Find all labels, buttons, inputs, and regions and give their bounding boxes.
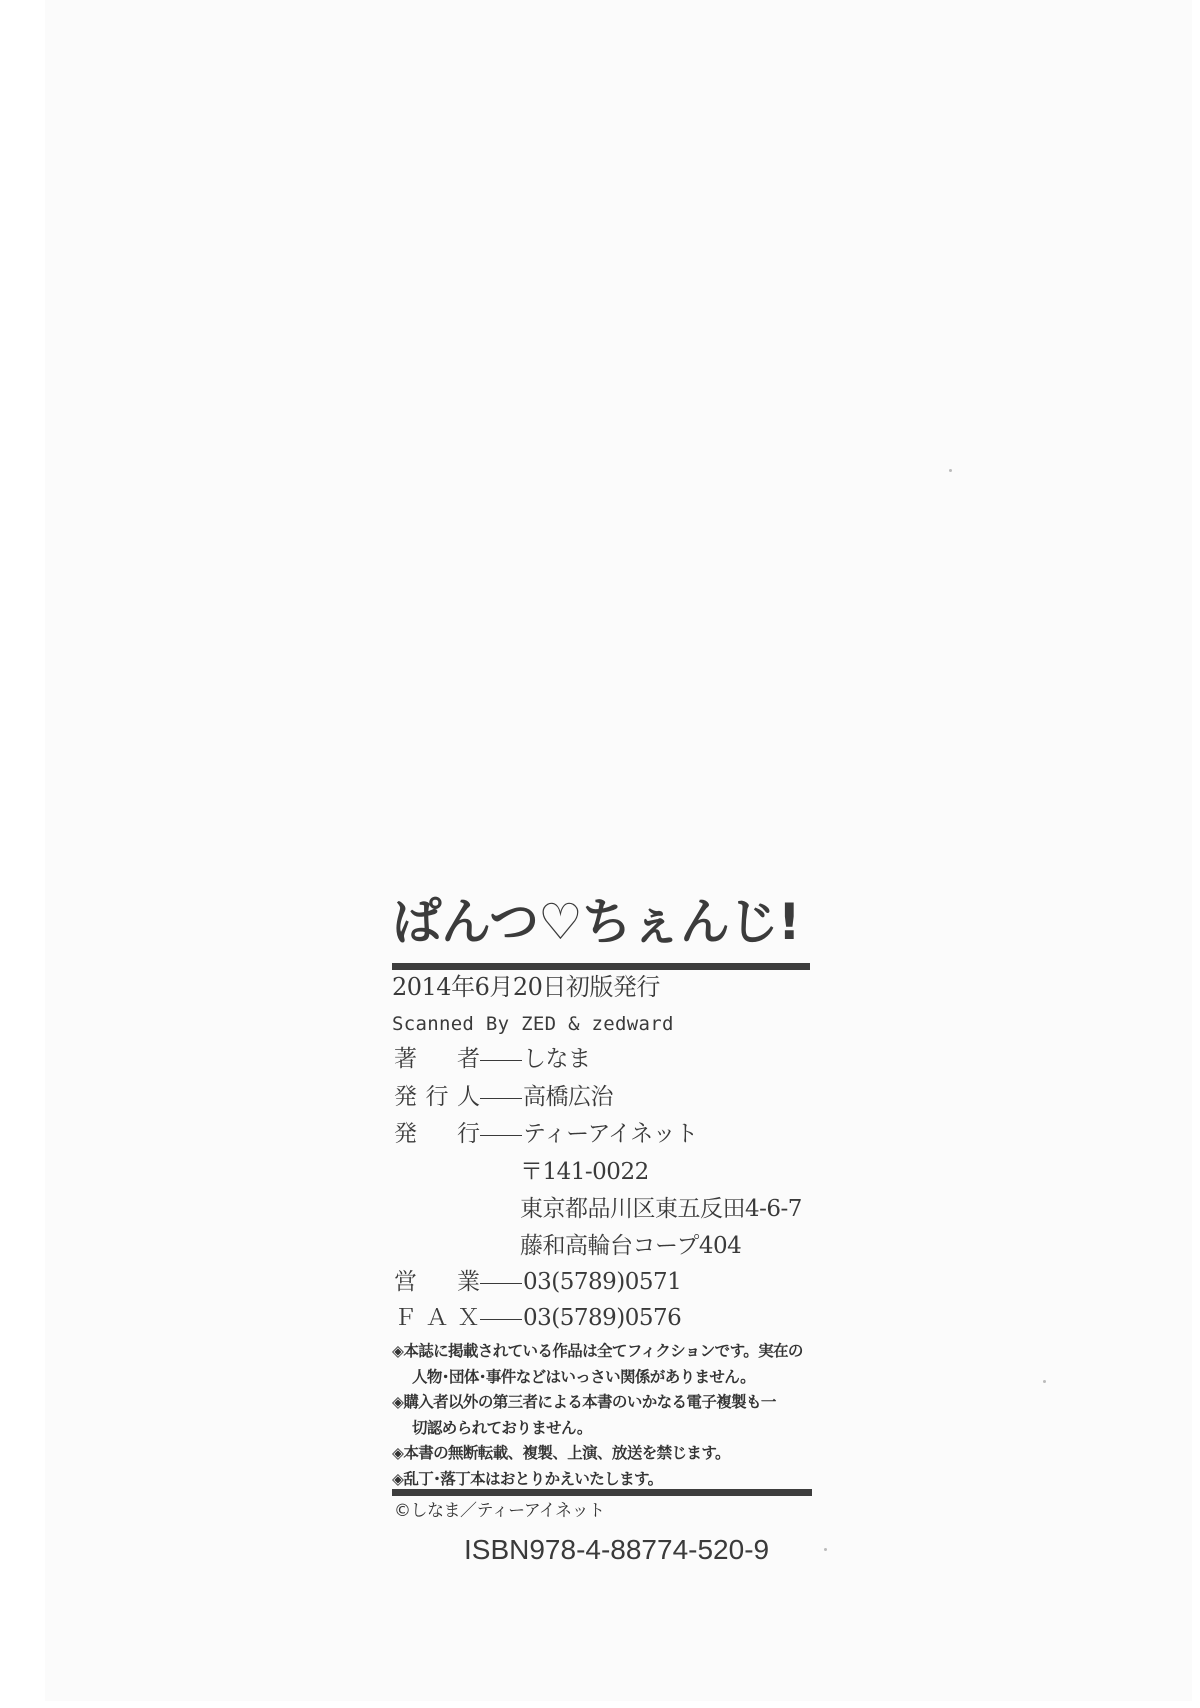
- contact-sales: 営 業03(5789)0571: [394, 1268, 681, 1296]
- note-text: ◈乱丁･落丁本はおとりかえいたします。: [392, 1470, 663, 1488]
- credit-label: 発 行: [394, 1120, 480, 1148]
- leader-dash: [480, 1060, 522, 1061]
- publication-date: 2014年6月20日初版発行: [392, 973, 660, 1001]
- note-text-continued: 切認められておりません。: [392, 1416, 817, 1442]
- note-fiction: ◈本誌に掲載されている作品は全てフィクションです。実在の 人物･団体･事件などは…: [392, 1339, 817, 1390]
- credit-value: 高橋広治: [523, 1083, 613, 1111]
- scan-speck: [949, 469, 952, 472]
- credit-publisher-person: 発行人高橋広治: [394, 1083, 613, 1111]
- legal-notes: ◈本誌に掲載されている作品は全てフィクションです。実在の 人物･団体･事件などは…: [392, 1339, 817, 1492]
- leader-dash: [480, 1319, 522, 1320]
- contact-label: ＦＡＸ: [394, 1304, 480, 1332]
- book-title: ぱんつ♡ちぇんじ!: [392, 893, 812, 951]
- contact-label: 営 業: [394, 1268, 480, 1296]
- postal-code: 〒141-0022: [520, 1158, 649, 1186]
- credit-value: しなま: [523, 1045, 591, 1073]
- note-reproduction: ◈本書の無断転載、複製、上演、放送を禁じます。: [392, 1441, 817, 1467]
- address-line-2: 藤和高輪台コープ404: [520, 1232, 741, 1260]
- scan-speck: [1043, 1380, 1046, 1383]
- contact-value: 03(5789)0571: [523, 1268, 681, 1296]
- credit-author: 著 者しなま: [394, 1045, 591, 1073]
- scan-speck: [824, 1548, 827, 1551]
- note-text-continued: 人物･団体･事件などはいっさい関係がありません。: [392, 1365, 817, 1391]
- leader-dash: [480, 1098, 522, 1099]
- contact-value: 03(5789)0576: [523, 1304, 681, 1332]
- credit-label: 著 者: [394, 1045, 480, 1073]
- address-line-1: 東京都品川区東五反田4-6-7: [520, 1195, 802, 1223]
- copyright: ©しなま／ティーアイネット: [394, 1499, 605, 1523]
- leader-dash: [480, 1135, 522, 1136]
- credit-value: ティーアイネット: [523, 1120, 698, 1148]
- isbn: ISBN978-4-88774-520-9: [464, 1533, 769, 1567]
- note-text: ◈本書の無断転載、複製、上演、放送を禁じます。: [392, 1444, 730, 1462]
- footer-divider: [392, 1489, 812, 1496]
- note-text: ◈購入者以外の第三者による本書のいかなる電子複製も一: [392, 1393, 776, 1411]
- scan-credit: Scanned By ZED & zedward: [392, 1010, 674, 1038]
- leader-dash: [480, 1283, 522, 1284]
- credit-publisher: 発 行ティーアイネット: [394, 1120, 698, 1148]
- credit-label: 発行人: [394, 1083, 480, 1111]
- contact-fax: ＦＡＸ03(5789)0576: [394, 1304, 681, 1332]
- title-divider: [392, 963, 810, 970]
- note-digital-copy: ◈購入者以外の第三者による本書のいかなる電子複製も一 切認められておりません。: [392, 1390, 817, 1441]
- note-text: ◈本誌に掲載されている作品は全てフィクションです。実在の: [392, 1342, 803, 1360]
